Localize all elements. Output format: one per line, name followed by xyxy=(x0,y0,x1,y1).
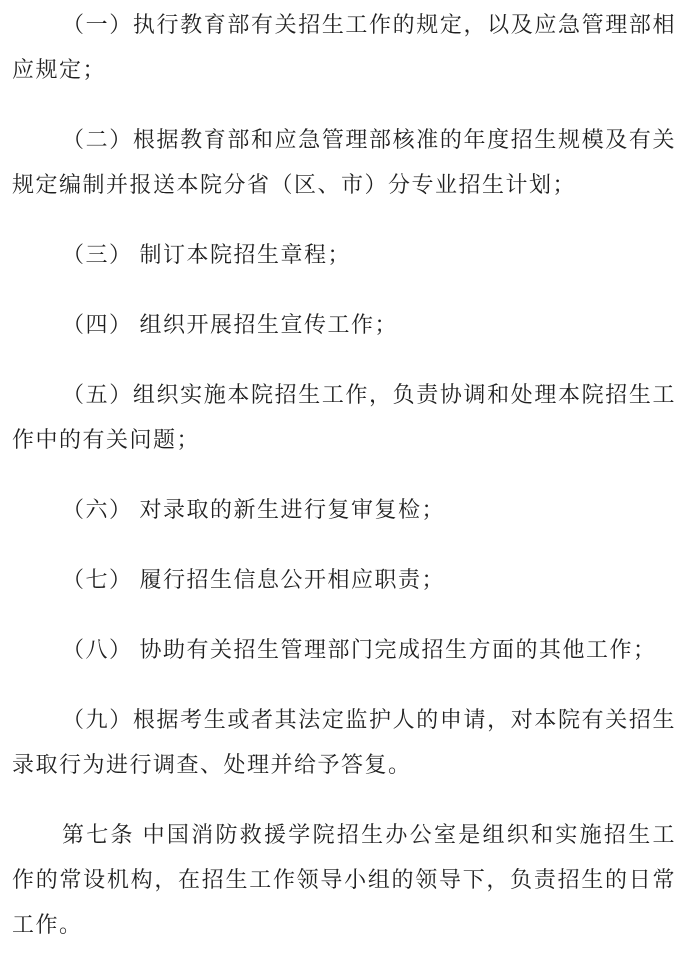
paragraph-clause-8: （八） 协助有关招生管理部门完成招生方面的其他工作； xyxy=(12,627,676,672)
paragraph-article-7: 第七条 中国消防救援学院招生办公室是组织和实施招生工作的常设机构，在招生工作领导… xyxy=(12,812,676,947)
document-text-block: （一）执行教育部有关招生工作的规定，以及应急管理部相应规定； （二）根据教育部和… xyxy=(0,0,680,947)
paragraph-clause-3: （三） 制订本院招生章程； xyxy=(12,232,676,277)
paragraph-clause-1: （一）执行教育部有关招生工作的规定，以及应急管理部相应规定； xyxy=(12,2,676,92)
paragraph-clause-4: （四） 组织开展招生宣传工作； xyxy=(12,302,676,347)
paragraph-clause-7: （七） 履行招生信息公开相应职责； xyxy=(12,557,676,602)
paragraph-clause-9: （九）根据考生或者其法定监护人的申请，对本院有关招生录取行为进行调查、处理并给予… xyxy=(12,697,676,787)
paragraph-clause-2: （二）根据教育部和应急管理部核准的年度招生规模及有关规定编制并报送本院分省（区、… xyxy=(12,117,676,207)
paragraph-clause-5: （五）组织实施本院招生工作，负责协调和处理本院招生工作中的有关问题； xyxy=(12,372,676,462)
document-page: （一）执行教育部有关招生工作的规定，以及应急管理部相应规定； （二）根据教育部和… xyxy=(0,0,680,961)
paragraph-clause-6: （六） 对录取的新生进行复审复检； xyxy=(12,487,676,532)
